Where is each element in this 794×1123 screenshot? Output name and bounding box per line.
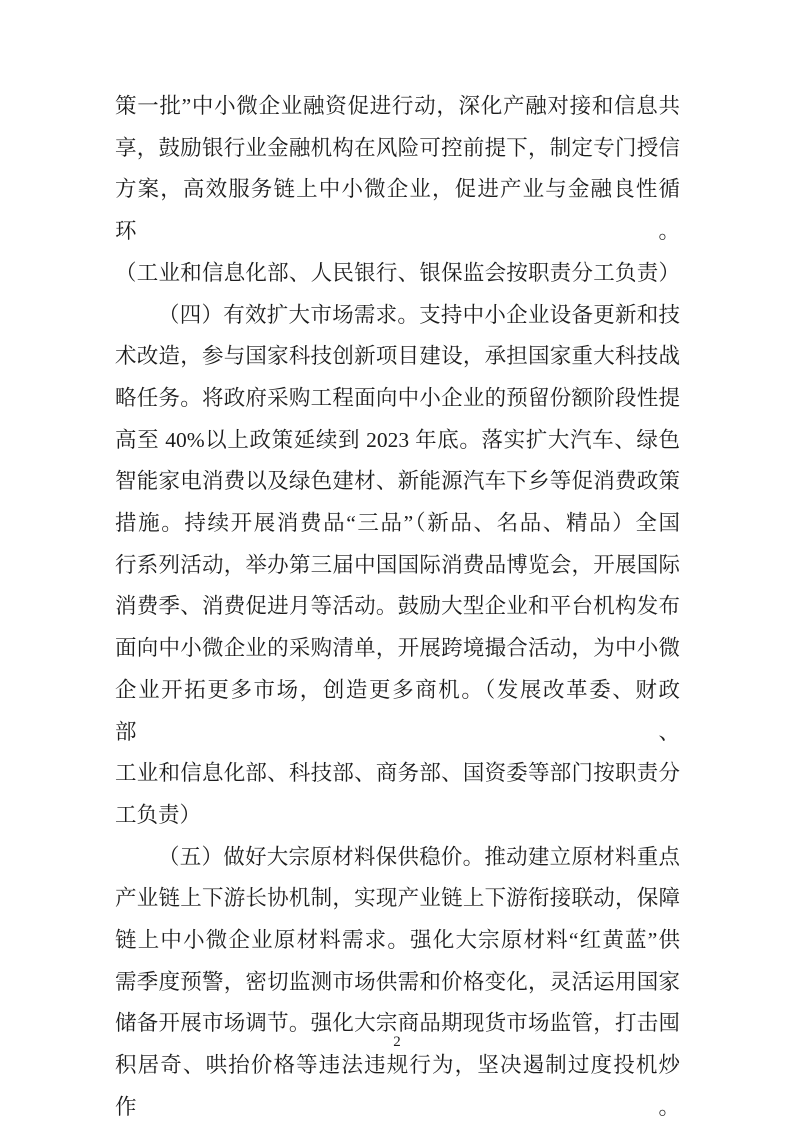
section-4-heading-line: （四）有效扩大市场需求。支持中小企业设备更新和技 [115, 295, 680, 337]
text-line: 策一批”中小微企业融资促进行动，深化产融对接和信息共 [115, 86, 680, 128]
paragraph-section-4: （四）有效扩大市场需求。支持中小企业设备更新和技 术改造，参与国家科技创新项目建… [115, 295, 680, 837]
paragraph-continuation: 策一批”中小微企业融资促进行动，深化产融对接和信息共 享，鼓励银行业金融机构在风… [115, 86, 680, 295]
text-line: 产业链上下游长协机制，实现产业链上下游衔接联动，保障 [115, 878, 680, 920]
text-line: 高至 40%以上政策延续到 2023 年底。落实扩大汽车、绿色 [115, 420, 680, 462]
text-line: 措施。持续开展消费品“三品”（新品、名品、精品）全国 [115, 503, 680, 545]
text-line: 需季度预警，密切监测市场供需和价格变化，灵活运用国家 [115, 962, 680, 1004]
text-line: 链上中小微企业原材料需求。强化大宗原材料“红黄蓝”供 [115, 920, 680, 962]
text-line: 消费季、消费促进月等活动。鼓励大型企业和平台机构发布 [115, 586, 680, 628]
text-line: 企业开拓更多市场，创造更多商机。（发展改革委、财政部、 [115, 670, 680, 753]
text-line-responsibility-note: 工负责） [115, 795, 680, 837]
document-body: 策一批”中小微企业融资促进行动，深化产融对接和信息共 享，鼓励银行业金融机构在风… [115, 86, 680, 1123]
text-line: 术改造，参与国家科技创新项目建设，承担国家重大科技战 [115, 336, 680, 378]
text-line: 方案，高效服务链上中小微企业，促进产业与金融良性循环。 [115, 169, 680, 252]
paragraph-section-5: （五）做好大宗原材料保供稳价。推动建立原材料重点 产业链上下游长协机制，实现产业… [115, 837, 680, 1123]
text-line: 享，鼓励银行业金融机构在风险可控前提下，制定专门授信 [115, 128, 680, 170]
text-line: 智能家电消费以及绿色建材、新能源汽车下乡等促消费政策 [115, 461, 680, 503]
text-line: 工业和信息化部、科技部、商务部、国资委等部门按职责分 [115, 753, 680, 795]
text-line-responsibility-note: （工业和信息化部、人民银行、银保监会按职责分工负责） [115, 253, 680, 295]
section-5-heading-line: （五）做好大宗原材料保供稳价。推动建立原材料重点 [115, 837, 680, 879]
document-page: 策一批”中小微企业融资促进行动，深化产融对接和信息共 享，鼓励银行业金融机构在风… [0, 0, 794, 1123]
text-line: 略任务。将政府采购工程面向中小企业的预留份额阶段性提 [115, 378, 680, 420]
text-line: 面向中小微企业的采购清单，开展跨境撮合活动，为中小微 [115, 628, 680, 670]
page-number: 2 [0, 1034, 794, 1051]
text-line: 行系列活动，举办第三届中国国际消费品博览会，开展国际 [115, 545, 680, 587]
text-line: 积居奇、哄抬价格等违法违规行为，坚决遏制过度投机炒作。 [115, 1045, 680, 1123]
